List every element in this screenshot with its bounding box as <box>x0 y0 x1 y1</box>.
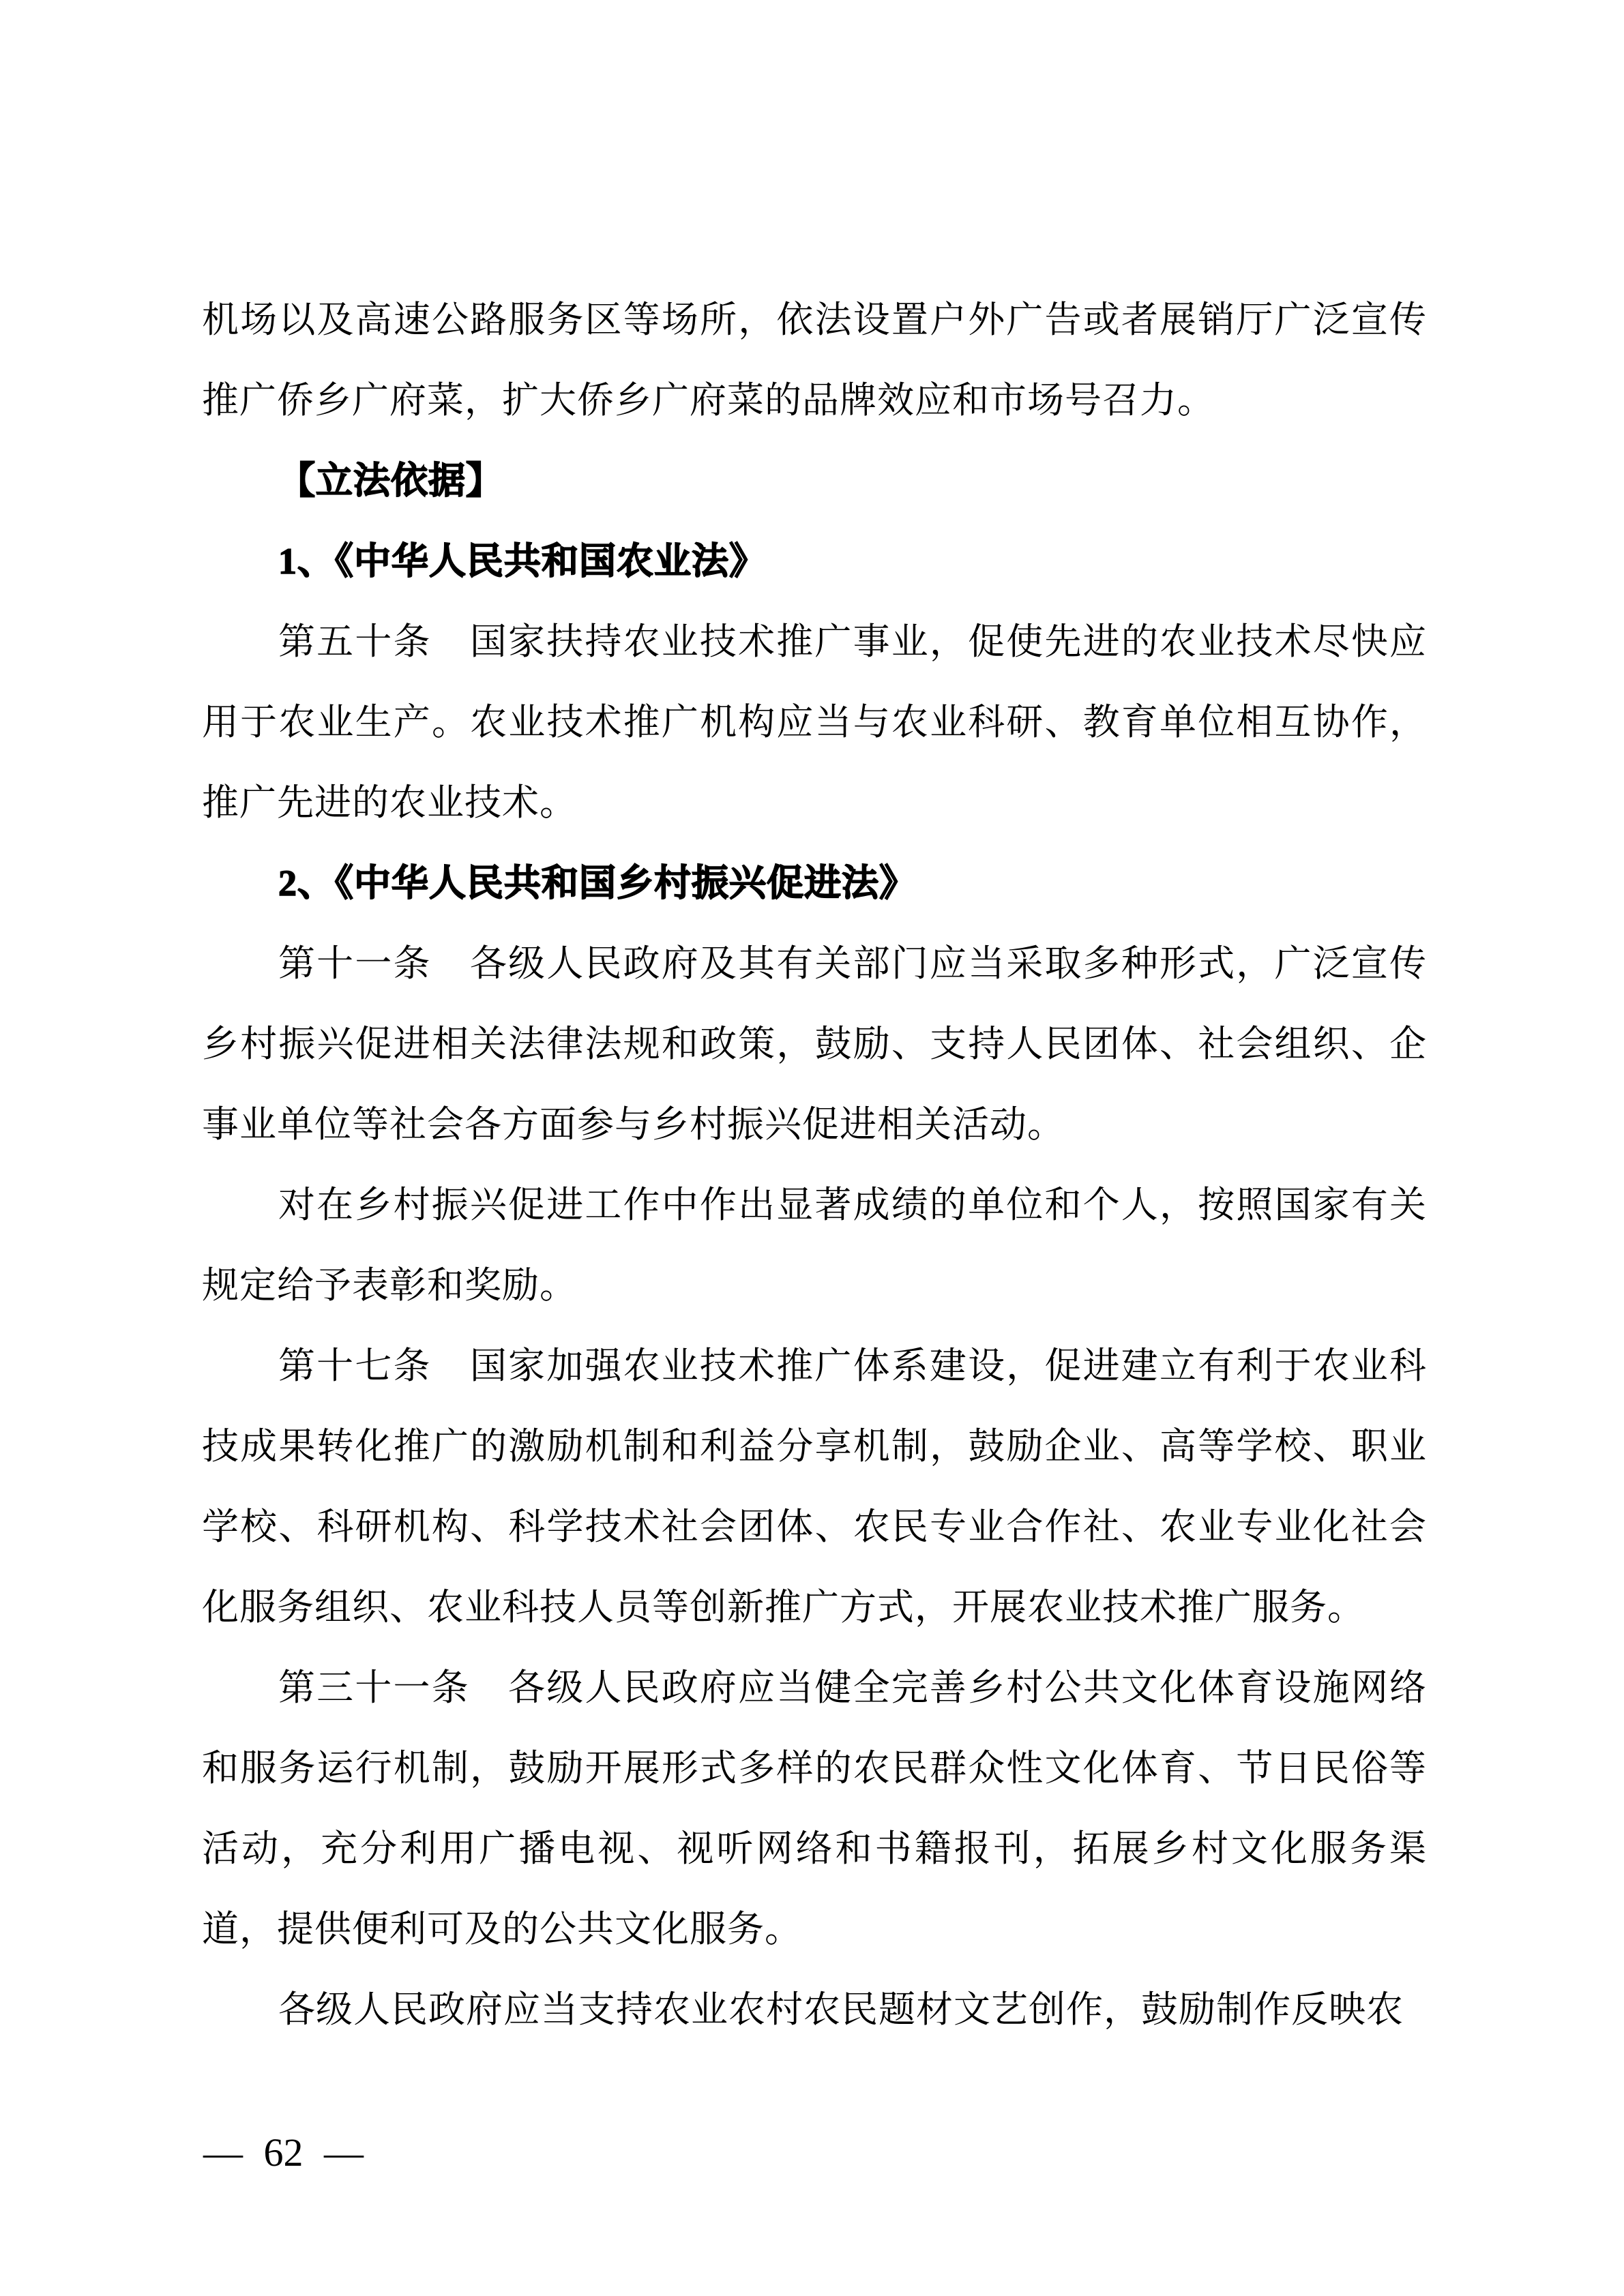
body-paragraph: 第十七条 国家加强农业技术推广体系建设，促进建立有利于农业科技成果转化推广的激励… <box>202 1326 1427 1648</box>
body-paragraph: 第三十一条 各级人民政府应当健全完善乡村公共文化体育设施网络和服务运行机制，鼓励… <box>202 1648 1427 1969</box>
body-paragraph: 第十一条 各级人民政府及其有关部门应当采取多种形式，广泛宣传乡村振兴促进相关法律… <box>202 923 1427 1165</box>
heading-paragraph: 2、《中华人民共和国乡村振兴促进法》 <box>202 843 1427 923</box>
page-number: — 62 — <box>203 2129 364 2177</box>
body-paragraph: 机场以及高速公路服务区等场所，依法设置户外广告或者展销厅广泛宣传推广侨乡广府菜，… <box>202 280 1427 441</box>
heading-paragraph: 【立法依据】 <box>202 441 1427 521</box>
body-paragraph: 对在乡村振兴促进工作中作出显著成绩的单位和个人，按照国家有关规定给予表彰和奖励。 <box>202 1165 1427 1326</box>
heading-paragraph: 1、《中华人民共和国农业法》 <box>202 521 1427 601</box>
document-page: 机场以及高速公路服务区等场所，依法设置户外广告或者展销厅广泛宣传推广侨乡广府菜，… <box>0 0 1624 2296</box>
document-body: 机场以及高速公路服务区等场所，依法设置户外广告或者展销厅广泛宣传推广侨乡广府菜，… <box>202 280 1427 2050</box>
body-paragraph: 第五十条 国家扶持农业技术推广事业，促使先进的农业技术尽快应用于农业生产。农业技… <box>202 601 1427 843</box>
body-paragraph: 各级人民政府应当支持农业农村农民题材文艺创作，鼓励制作反映农 <box>202 1969 1427 2050</box>
